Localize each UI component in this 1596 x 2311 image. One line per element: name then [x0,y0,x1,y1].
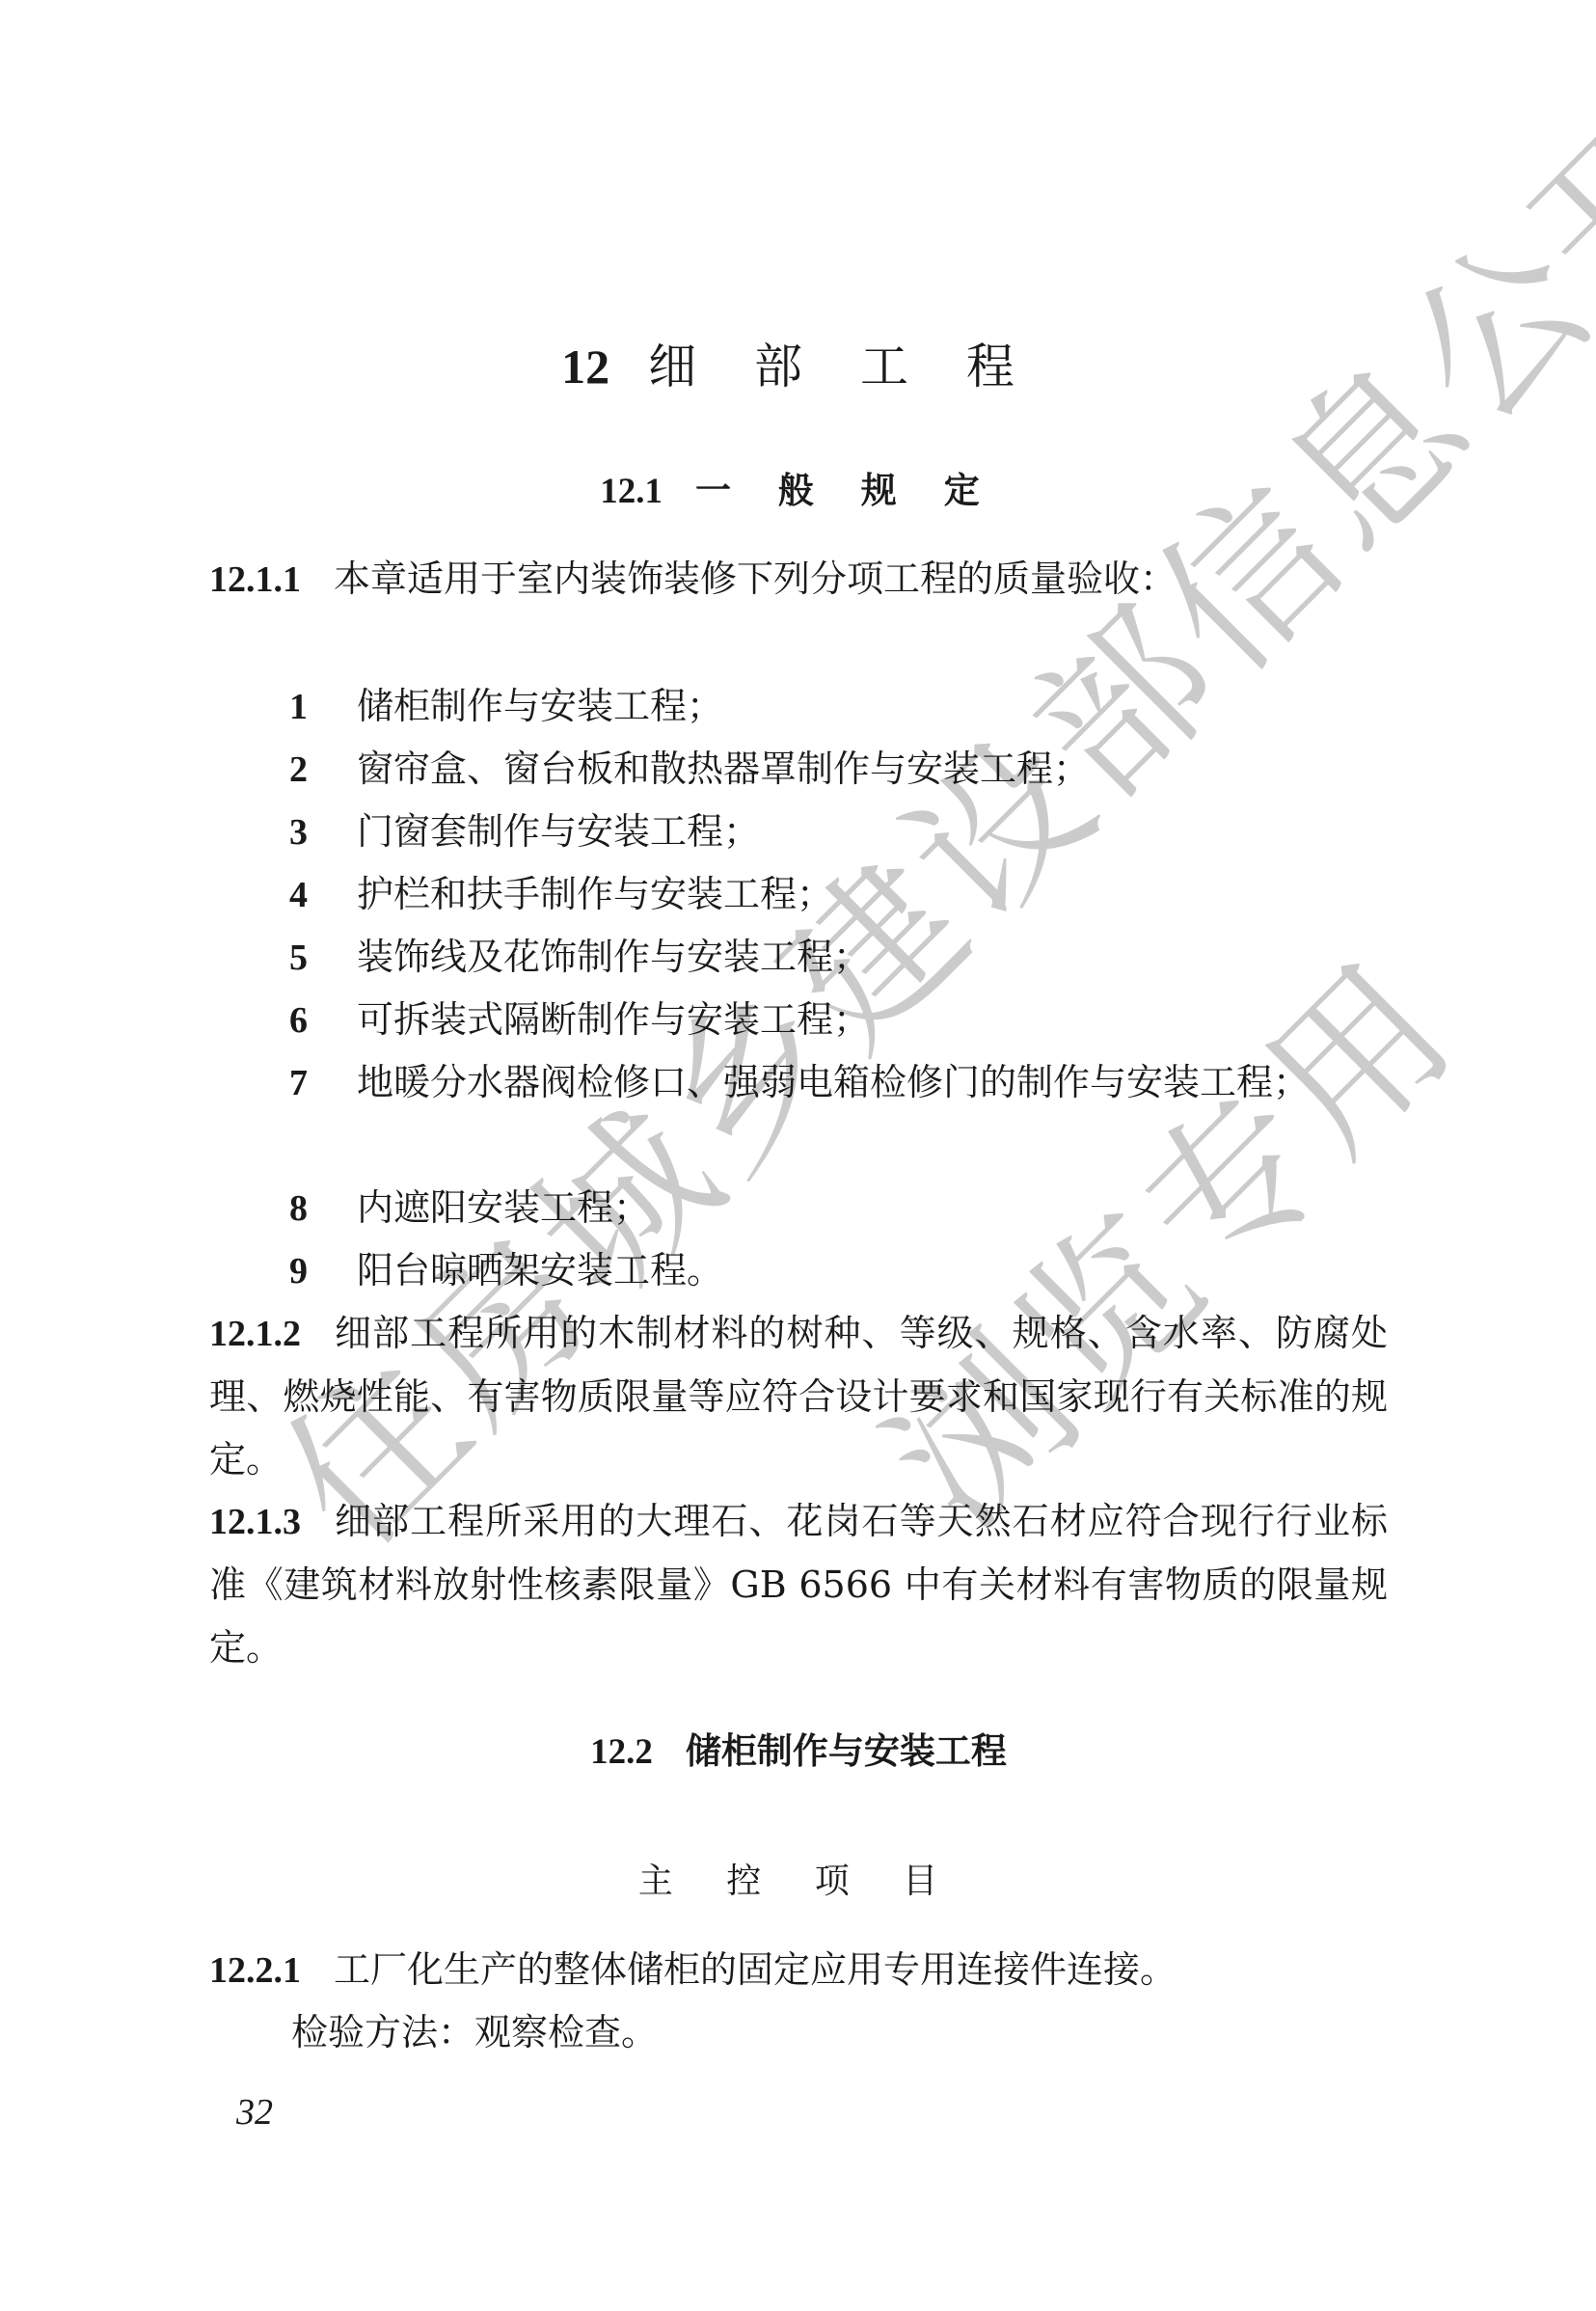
list-item: 4护栏和扶手制作与安装工程； [289,863,833,927]
section-heading-12-1: 12.1一 般 规 定 [209,461,1388,513]
list-item: 2窗帘盒、窗台板和散热器罩制作与安装工程； [289,738,1090,802]
item-text: 内遮阳安装工程； [357,1186,650,1229]
item-text: 地暖分水器阀检修口、强弱电箱检修门的制作与安装工程； [357,1061,1310,1103]
clause-text: 细部工程所采用的大理石、花岗石等天然石材应符合现行行业标准《建筑材料放射性核素限… [209,1500,1388,1669]
section-title-text: 一 般 规 定 [695,469,997,511]
section-number: 12.2 [590,1732,653,1772]
clause-12-2-1: 12.2.1工厂化生产的整体储柜的固定应用专用连接件连接。 [209,1939,1388,2002]
item-text: 装饰线及花饰制作与安装工程； [357,936,870,978]
item-number: 8 [289,1178,357,1240]
section-number: 12.1 [600,472,663,511]
clause-text: 本章适用于室内装饰装修下列分项工程的质量验收： [334,557,1177,600]
list-item: 1储柜制作与安装工程； [289,675,723,739]
item-number: 4 [289,864,357,927]
item-text: 储柜制作与安装工程； [357,685,723,727]
clause-number: 12.1.3 [209,1502,301,1542]
page-number: 32 [236,2091,273,2134]
clause-12-1-2: 12.1.2细部工程所用的木制材料的树种、等级、规格、含水率、防腐处理、燃烧性能… [209,1302,1388,1491]
item-text: 窗帘盒、窗台板和散热器罩制作与安装工程； [357,748,1090,790]
item-text: 门窗套制作与安装工程； [357,810,760,853]
item-number: 5 [289,927,357,990]
clause-12-1-3: 12.1.3细部工程所采用的大理石、花岗石等天然石材应符合现行行业标准《建筑材料… [209,1490,1388,1679]
item-number: 3 [289,802,357,864]
item-text: 护栏和扶手制作与安装工程； [357,873,833,915]
section-heading-12-2: 12.2储柜制作与安装工程 [209,1722,1388,1774]
inspection-method: 检验方法：观察检查。 [291,2001,658,2064]
clause-text: 工厂化生产的整体储柜的固定应用专用连接件连接。 [334,1948,1177,1991]
clause-number: 12.1.1 [209,559,301,600]
item-number: 6 [289,990,357,1052]
item-text: 可拆装式隔断制作与安装工程； [357,998,870,1041]
clause-12-1-1: 12.1.1本章适用于室内装饰装修下列分项工程的质量验收： [209,548,1388,612]
list-item: 3门窗套制作与安装工程； [289,801,760,864]
item-number: 2 [289,739,357,802]
list-item: 5装饰线及花饰制作与安装工程； [289,926,870,990]
clause-text: 细部工程所用的木制材料的树种、等级、规格、含水率、防腐处理、燃烧性能、有害物质限… [209,1312,1388,1481]
list-item: 7地暖分水器阀检修口、强弱电箱检修门的制作与安装工程； [209,1051,1388,1115]
chapter-title: 12细 部 工 程 [209,328,1388,397]
list-item: 9阳台晾晒架安装工程。 [289,1239,723,1303]
subheading-main-control-items: 主 控 项 目 [209,1854,1388,1903]
clause-number: 12.1.2 [209,1314,301,1354]
clause-number: 12.2.1 [209,1950,301,1991]
list-item: 6可拆装式隔断制作与安装工程； [289,989,870,1052]
item-number: 9 [289,1240,357,1303]
item-number: 7 [289,1052,357,1115]
section-title-text: 储柜制作与安装工程 [686,1729,1007,1772]
item-text: 阳台晾晒架安装工程。 [357,1249,723,1291]
chapter-title-text: 细 部 工 程 [648,339,1036,394]
list-item: 8内遮阳安装工程； [289,1177,650,1240]
chapter-number: 12 [561,340,609,394]
document-page: 住房城乡建设部信息公开 浏览专用 12细 部 工 程 12.1一 般 规 定 1… [0,0,1596,2311]
item-number: 1 [289,676,357,739]
